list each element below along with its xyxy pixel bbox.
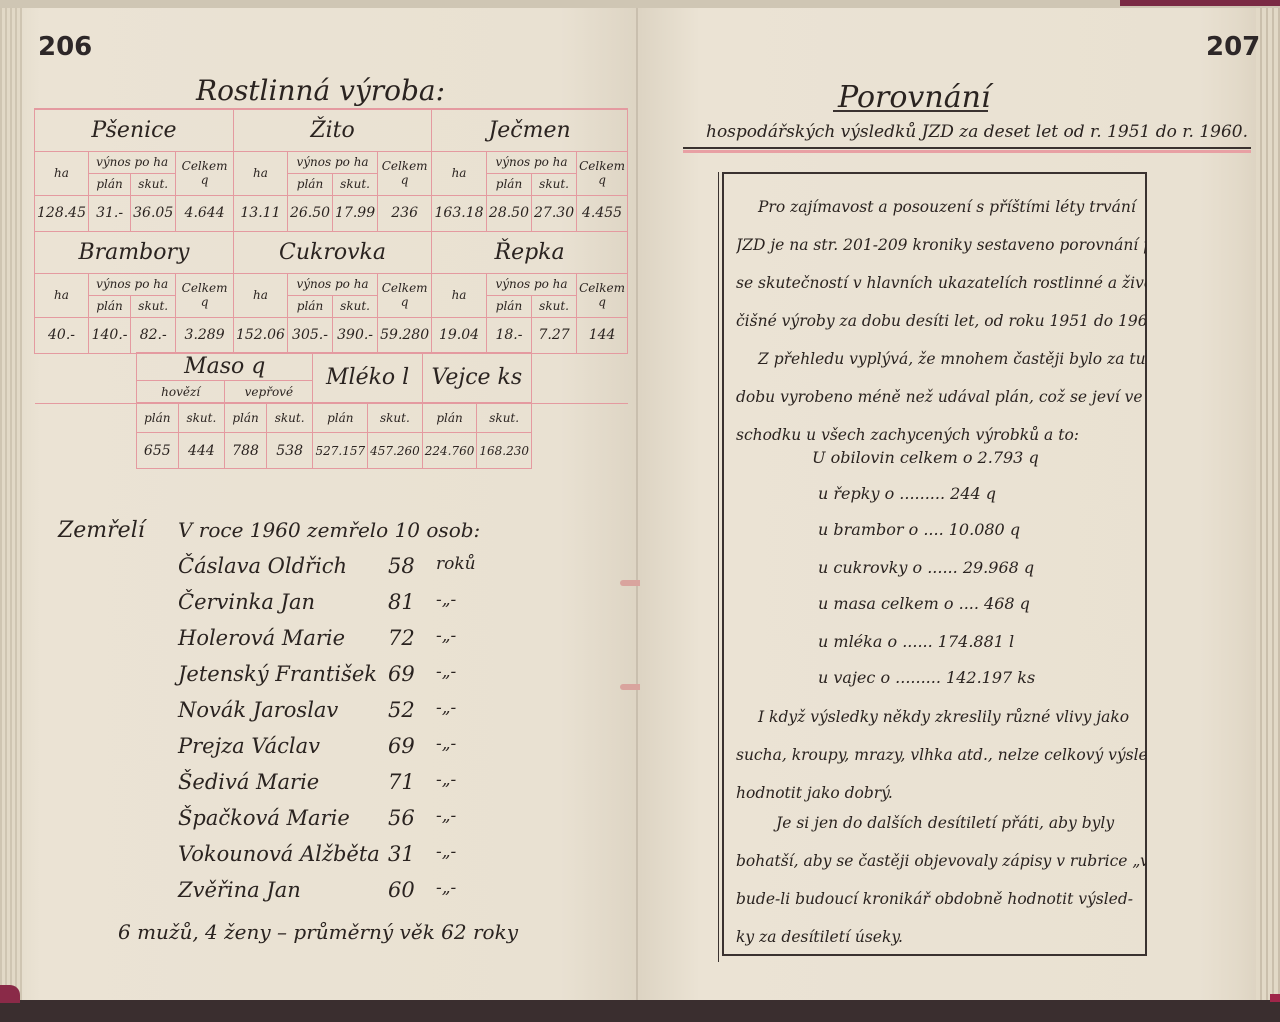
cover-corner [1270,994,1280,1002]
col-total: Celkem q [176,273,234,317]
cell-value: 27.30 [532,195,577,231]
col-plan: plán [225,403,267,433]
beef-header: hovězí [137,381,225,403]
person-age: 52 [388,698,415,722]
table-row: 655 444 788 538 527.157 457.260 224.760 … [137,433,532,469]
col-ha: ha [35,273,89,317]
person-name: Zvěřina Jan [178,878,301,902]
book-cover-bottom [0,1000,1280,1022]
subtitle-underline [683,147,1251,149]
section-title-plant-production: Rostlinná výroba: [196,74,445,107]
paragraph-2: Z přehledu vyplývá, že mnohem častěji by… [736,340,1146,454]
col-actual: skut. [266,403,313,433]
col-yield: výnos po ha [287,151,377,173]
crop-header-potatoes: Brambory [35,231,234,273]
cell-value: 13.11 [233,195,287,231]
col-actual: skut. [477,403,532,433]
col-actual: skut. [178,403,225,433]
col-total: Celkem q [378,151,432,195]
subtitle-red-rule [683,150,1251,153]
list-item: Novák Jaroslav52-„- [178,698,508,734]
col-yield: výnos po ha [89,273,176,295]
col-ha: ha [233,151,287,195]
age-unit: -„- [436,590,456,610]
list-item: Jetenský František69-„- [178,662,508,698]
book-spine [636,8,638,1000]
list-item: Špačková Marie56-„- [178,806,508,842]
col-actual: skut. [368,403,423,433]
page-number-left: 206 [38,32,92,62]
person-name: Novák Jaroslav [178,698,338,722]
person-age: 56 [388,806,415,830]
list-item: Prejza Václav69-„- [178,734,508,770]
crop-header-rapeseed: Řepka [432,231,628,273]
col-plan: plán [89,295,131,317]
text-line: Z přehledu vyplývá, že mnohem častěji by… [736,340,1146,378]
text-line: sucha, kroupy, mrazy, vlhka atd., nelze … [736,736,1146,774]
person-age: 71 [388,770,415,794]
text-line: JZD je na str. 201-209 kroniky sestaveno… [736,226,1146,264]
col-actual: skut. [131,173,176,195]
col-ha: ha [432,151,487,195]
col-yield: výnos po ha [89,151,176,173]
col-plan: plán [287,173,332,195]
col-plan: plán [486,295,531,317]
eggs-header: Vejce ks [422,353,531,403]
cell-value: 224.760 [422,433,477,469]
list-item: U obilovin celkem o 2.793 q [812,448,1039,478]
list-item: u brambor o .... 10.080 q [818,520,1020,550]
text-line: bude-li budoucí kronikář obdobně hodnoti… [736,880,1146,918]
col-ha: ha [432,273,487,317]
person-name: Červinka Jan [178,590,315,614]
cell-value: 26.50 [287,195,332,231]
col-actual: skut. [333,173,378,195]
col-plan: plán [287,295,332,317]
col-plan: plán [313,403,368,433]
cell-value: 305.- [287,317,332,353]
col-ha: ha [35,151,89,195]
cell-value: 36.05 [131,195,176,231]
cell-value: 128.45 [35,195,89,231]
page-number-right: 207 [1206,32,1260,62]
age-unit: -„- [436,734,456,754]
text-line: Pro zajímavost a posouzení s příštími lé… [736,188,1146,226]
age-unit: -„- [436,698,456,718]
person-age: 58 [388,554,415,578]
col-actual: skut. [131,295,176,317]
table-row: 128.45 31.- 36.05 4.644 13.11 26.50 17.9… [35,195,628,231]
person-name: Čáslava Oldřich [178,554,347,578]
person-age: 69 [388,662,415,686]
cell-value: 4.644 [176,195,234,231]
text-line: I když výsledky někdy zkreslily různé vl… [736,698,1146,736]
cell-value: 788 [225,433,267,469]
list-item: u cukrovky o ...... 29.968 q [818,558,1034,588]
crop-header-sugar-beet: Cukrovka [233,231,431,273]
age-unit: -„- [436,842,456,862]
crop-header-barley: Ječmen [432,109,628,151]
cell-value: 3.289 [176,317,234,353]
crop-header-rye: Žito [233,109,431,151]
cell-value: 28.50 [486,195,531,231]
person-age: 81 [388,590,415,614]
person-name: Holerová Marie [178,626,345,650]
cell-value: 82.- [131,317,176,353]
col-actual: skut. [333,295,378,317]
person-age: 72 [388,626,415,650]
list-item: Šedivá Marie71-„- [178,770,508,806]
col-total: Celkem q [378,273,432,317]
cell-value: 4.455 [577,195,628,231]
cell-value: 31.- [89,195,131,231]
list-item: Vokounová Alžběta31-„- [178,842,508,878]
list-item: u masa celkem o .... 468 q [818,594,1030,624]
col-yield: výnos po ha [486,151,576,173]
right-page-edges [1256,8,1280,1000]
title-underline [833,110,988,112]
crop-header-wheat: Pšenice [35,109,234,151]
paragraph-4: Je si jen do dalších desítiletí přáti, a… [736,804,1146,956]
col-yield: výnos po ha [486,273,576,295]
person-name: Šedivá Marie [178,770,319,794]
age-unit: -„- [436,626,456,646]
cell-value: 19.04 [432,317,487,353]
comparison-subtitle: hospodářských výsledků JZD za deset let … [706,122,1248,142]
age-unit: -„- [436,662,456,682]
cover-edge [1120,0,1280,6]
left-page-edges [0,8,22,1000]
age-unit: -„- [436,770,456,790]
col-total: Celkem q [577,273,628,317]
cell-value: 152.06 [233,317,287,353]
age-unit: roků [436,554,476,574]
list-item: Čáslava Oldřich58roků [178,554,508,590]
col-actual: skut. [532,295,577,317]
cell-value: 236 [378,195,432,231]
person-age: 31 [388,842,415,866]
cell-value: 163.18 [432,195,487,231]
list-item: Zvěřina Jan60-„- [178,878,508,914]
text-line: dobu vyrobeno méně než udával plán, což … [736,378,1146,416]
text-line: čišné výroby za dobu desíti let, od roku… [736,302,1146,340]
col-total: Celkem q [577,151,628,195]
pork-header: vepřové [225,381,313,403]
cell-value: 59.280 [378,317,432,353]
person-name: Vokounová Alžběta [178,842,380,866]
deaths-intro: V roce 1960 zemřelo 10 osob: [178,518,480,542]
person-name: Jetenský František [178,662,377,686]
person-name: Prejza Václav [178,734,320,758]
cell-value: 390.- [333,317,378,353]
col-plan: plán [137,403,179,433]
cell-value: 7.27 [532,317,577,353]
cell-value: 40.- [35,317,89,353]
person-name: Špačková Marie [178,806,350,830]
col-plan: plán [486,173,531,195]
list-item: u mléka o ...... 174.881 l [818,632,1014,662]
col-total: Celkem q [176,151,234,195]
col-plan: plán [422,403,477,433]
person-age: 69 [388,734,415,758]
cell-value: 168.230 [477,433,532,469]
cell-value: 527.157 [313,433,368,469]
text-line: se skutečností v hlavních ukazatelích ro… [736,264,1146,302]
col-ha: ha [233,273,287,317]
cell-value: 17.99 [333,195,378,231]
paragraph-3: I když výsledky někdy zkreslily různé vl… [736,698,1146,812]
cell-value: 457.260 [368,433,423,469]
list-item: Červinka Jan81-„- [178,590,508,626]
age-unit: -„- [436,878,456,898]
list-item: Holerová Marie72-„- [178,626,508,662]
deaths-label: Zemřelí [58,518,145,543]
book-spread: 206 Rostlinná výroba: Pšenice Žito Ječme… [0,0,1280,1000]
meat-header: Maso q [137,353,313,381]
animal-production-table: Maso q Mléko l Vejce ks hovězí vepřové p… [136,352,532,469]
milk-header: Mléko l [313,353,422,403]
bookmark-ribbon [0,985,20,1003]
deaths-summary: 6 mužů, 4 ženy – průměrný věk 62 roky [118,920,518,944]
text-line: Je si jen do dalších desítiletí přáti, a… [736,804,1146,842]
cell-value: 18.- [486,317,531,353]
paragraph-1: Pro zajímavost a posouzení s příštími lé… [736,188,1146,340]
table-row: 40.- 140.- 82.- 3.289 152.06 305.- 390.-… [35,317,628,353]
cell-value: 444 [178,433,225,469]
cell-value: 140.- [89,317,131,353]
text-line: ky za desítiletí úseky. [736,918,1146,956]
col-actual: skut. [532,173,577,195]
list-item: u řepky o ......... 244 q [818,484,996,514]
cell-value: 538 [266,433,313,469]
list-item: u vajec o ......... 142.197 ks [818,668,1035,698]
cell-value: 655 [137,433,179,469]
col-yield: výnos po ha [287,273,377,295]
person-age: 60 [388,878,415,902]
text-line: bohatší, aby se častěji objevovaly zápis… [736,842,1146,880]
cell-value: 144 [577,317,628,353]
age-unit: -„- [436,806,456,826]
col-plan: plán [89,173,131,195]
